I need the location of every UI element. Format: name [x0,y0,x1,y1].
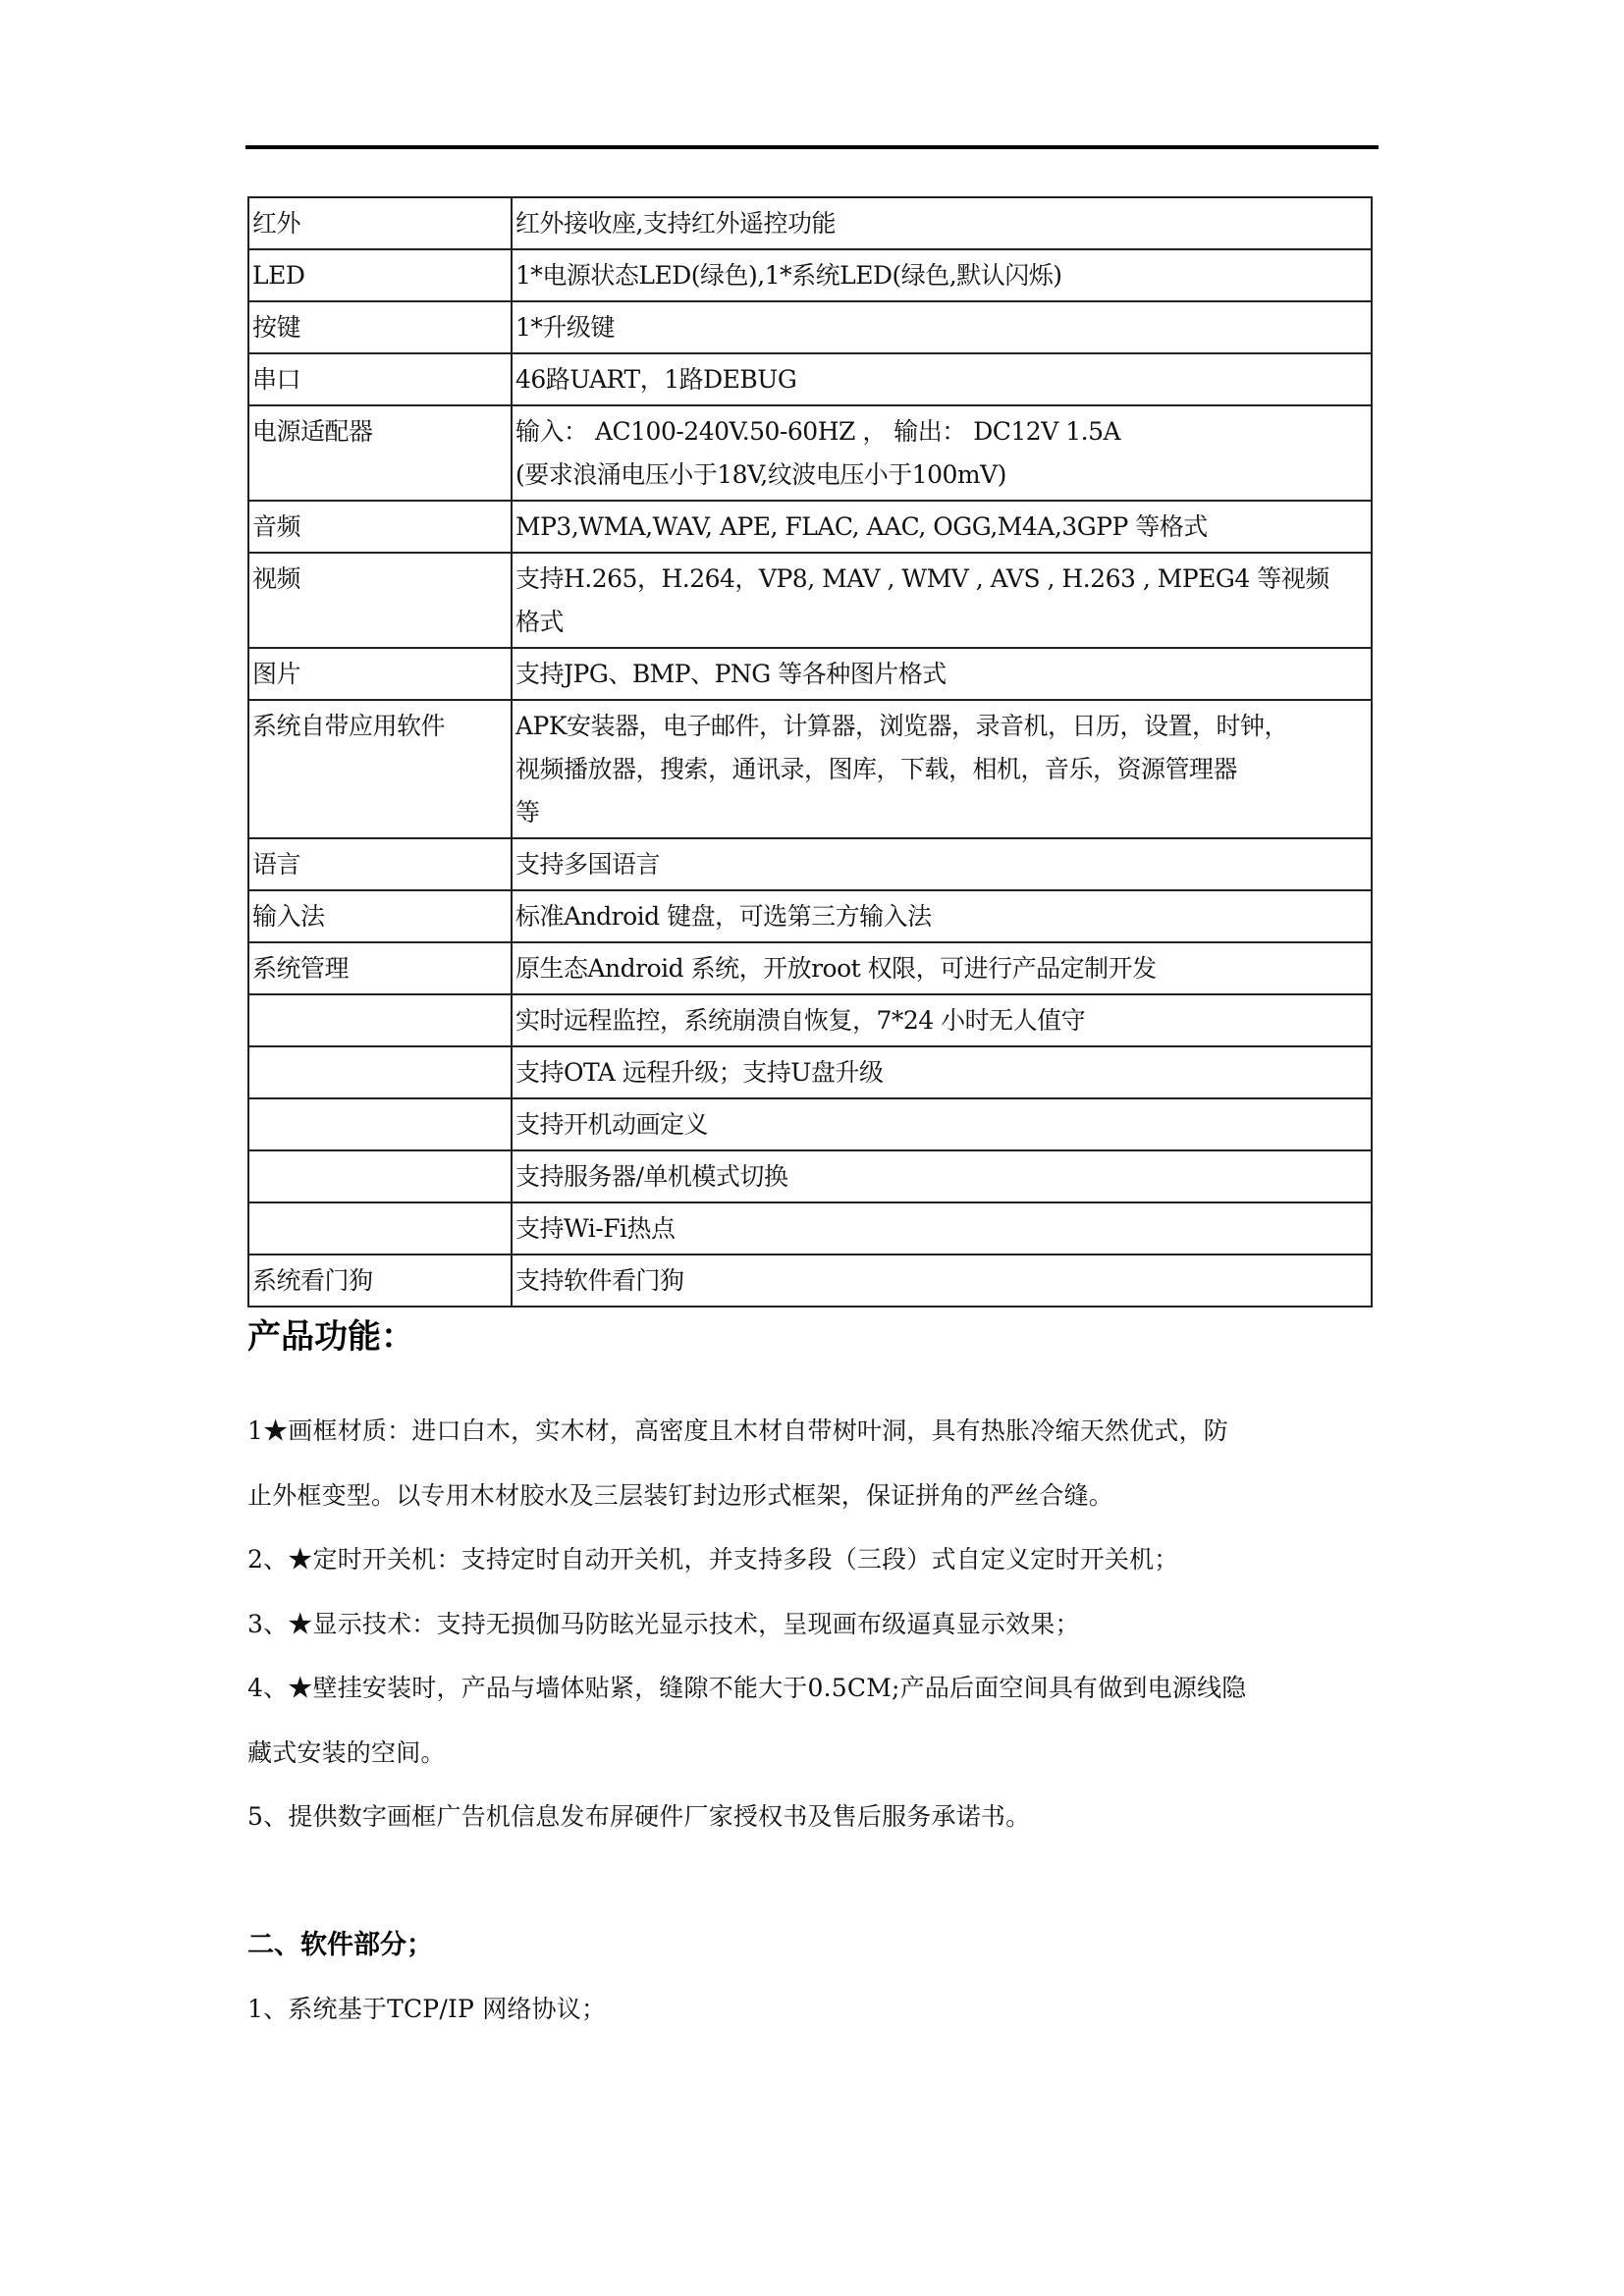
spec-key-cell: 按键 [248,301,512,353]
function-item-4: 4、★壁挂安装时，产品与墙体贴紧，缝隙不能大于0.5CM;产品后面空间具有做到电… [247,1667,1386,1775]
spec-value-line: 支持开机动画定义 [515,1103,1369,1147]
spec-key-cell: 系统管理 [248,942,512,994]
spec-value-cell: 输入： AC100-240V.50-60HZ ， 输出： DC12V 1.5A(… [512,405,1372,501]
spec-key-cell: LED [248,249,512,301]
spec-value-cell: 46路UART，1路DEBUG [512,353,1372,405]
spec-key [252,1155,509,1199]
spec-row: 系统看门狗支持软件看门狗 [248,1255,1372,1307]
spec-value-line: 46路UART，1路DEBUG [515,358,1369,401]
spec-row: 实时远程监控，系统崩溃自恢复，7*24 小时无人值守 [248,994,1372,1046]
spec-value-cell: 红外接收座,支持红外遥控功能 [512,197,1372,249]
spec-row: 按键1*升级键 [248,301,1372,353]
spec-key: 输入法 [252,895,509,938]
function-item-2: 2、★定时开关机：支持定时自动开关机，并支持多段（三段）式自定义定时开关机； [247,1538,1386,1581]
spec-key-cell: 系统自带应用软件 [248,700,512,838]
function-item-3: 3、★显示技术：支持无损伽马防眩光显示技术，呈现画布级逼真显示效果； [247,1603,1386,1646]
function-item-line: 4、★壁挂安装时，产品与墙体贴紧，缝隙不能大于0.5CM;产品后面空间具有做到电… [247,1667,1386,1710]
spec-row: 支持Wi-Fi热点 [248,1202,1372,1255]
spec-value-line: 1*电源状态LED(绿色),1*系统LED(绿色,默认闪烁) [515,254,1369,297]
spec-value-cell: 标准Android 键盘，可选第三方输入法 [512,890,1372,942]
spec-value-line: 支持服务器/单机模式切换 [515,1155,1369,1199]
spec-row: 支持OTA 远程升级；支持U盘升级 [248,1046,1372,1098]
spec-key-cell: 系统看门狗 [248,1255,512,1307]
function-item-line: 藏式安装的空间。 [247,1732,1386,1775]
spec-value-cell: MP3,WMA,WAV, APE, FLAC, AAC, OGG,M4A,3GP… [512,501,1372,553]
function-item-1: 1★画框材质：进口白木，实木材，高密度且木材自带树叶洞，具有热胀冷缩天然优式，防… [247,1410,1386,1518]
spec-key [252,1207,509,1251]
spec-row: 电源适配器输入： AC100-240V.50-60HZ ， 输出： DC12V … [248,405,1372,501]
spec-key: 红外 [252,202,509,245]
function-item-line: 1★画框材质：进口白木，实木材，高密度且木材自带树叶洞，具有热胀冷缩天然优式，防 [247,1410,1386,1453]
spec-value-line: 支持多国语言 [515,843,1369,886]
spec-key-cell: 音频 [248,501,512,553]
spec-key-cell: 串口 [248,353,512,405]
spec-row: 音频MP3,WMA,WAV, APE, FLAC, AAC, OGG,M4A,3… [248,501,1372,553]
spec-value-cell: 1*电源状态LED(绿色),1*系统LED(绿色,默认闪烁) [512,249,1372,301]
spec-key-cell: 图片 [248,648,512,700]
spec-key-cell: 输入法 [248,890,512,942]
spec-value-line: 实时远程监控，系统崩溃自恢复，7*24 小时无人值守 [515,999,1369,1042]
spec-value-cell: APK安装器，电子邮件，计算器，浏览器，录音机，日历，设置，时钟，视频播放器，搜… [512,700,1372,838]
spec-value-cell: 1*升级键 [512,301,1372,353]
spec-key [252,999,509,1042]
spec-table: 红外红外接收座,支持红外遥控功能LED1*电源状态LED(绿色),1*系统LED… [247,196,1373,1308]
spec-row: 图片支持JPG、BMP、PNG 等各种图片格式 [248,648,1372,700]
spec-key-cell: 视频 [248,553,512,648]
spec-key-cell: 语言 [248,838,512,890]
product-functions-heading: 产品功能： [247,1315,414,1359]
spec-value-line: MP3,WMA,WAV, APE, FLAC, AAC, OGG,M4A,3GP… [515,506,1369,549]
spec-row: 系统自带应用软件APK安装器，电子邮件，计算器，浏览器，录音机，日历，设置，时钟… [248,700,1372,838]
spec-key [252,1103,509,1147]
spec-key-cell [248,994,512,1046]
spec-row: 系统管理原生态Android 系统，开放root 权限，可进行产品定制开发 [248,942,1372,994]
spec-value-cell: 支持Wi-Fi热点 [512,1202,1372,1255]
spec-value-cell: 支持软件看门狗 [512,1255,1372,1307]
spec-key: LED [252,254,509,297]
spec-key-cell [248,1150,512,1202]
software-item-1: 1、系统基于TCP/IP 网络协议； [247,1988,1386,2031]
spec-row: 串口46路UART，1路DEBUG [248,353,1372,405]
spec-key: 串口 [252,358,509,401]
spec-row: 输入法标准Android 键盘，可选第三方输入法 [248,890,1372,942]
spec-value-line: APK安装器，电子邮件，计算器，浏览器，录音机，日历，设置，时钟， [515,705,1369,748]
spec-value-line: 支持H.265，H.264，VP8, MAV , WMV , AVS , H.2… [515,558,1369,601]
spec-row: 视频支持H.265，H.264，VP8, MAV , WMV , AVS , H… [248,553,1372,648]
spec-value-line: 红外接收座,支持红外遥控功能 [515,202,1369,245]
spec-key-cell: 红外 [248,197,512,249]
spec-value-cell: 支持服务器/单机模式切换 [512,1150,1372,1202]
spec-key: 音频 [252,506,509,549]
spec-key-cell [248,1046,512,1098]
spec-key: 按键 [252,306,509,349]
spec-value-line: 等 [515,791,1369,834]
spec-key: 语言 [252,843,509,886]
spec-value-line: 格式 [515,601,1369,644]
spec-row: 红外红外接收座,支持红外遥控功能 [248,197,1372,249]
spec-value-cell: 支持多国语言 [512,838,1372,890]
spec-value-line: 原生态Android 系统，开放root 权限，可进行产品定制开发 [515,947,1369,990]
spec-value-line: 支持软件看门狗 [515,1259,1369,1303]
function-item-line: 止外框变型。以专用木材胶水及三层装钉封边形式框架，保证拼角的严丝合缝。 [247,1474,1386,1518]
spec-value-line: 1*升级键 [515,306,1369,349]
spec-key-cell [248,1098,512,1150]
spec-value-line: (要求浪涌电压小于18V,纹波电压小于100mV) [515,454,1369,497]
spec-row: 支持服务器/单机模式切换 [248,1150,1372,1202]
spec-value-cell: 原生态Android 系统，开放root 权限，可进行产品定制开发 [512,942,1372,994]
spec-value-line: 视频播放器，搜索，通讯录，图库，下载，相机，音乐，资源管理器 [515,748,1369,791]
spec-key: 图片 [252,653,509,696]
spec-key-cell [248,1202,512,1255]
spec-value-line: 支持JPG、BMP、PNG 等各种图片格式 [515,653,1369,696]
spec-row: LED1*电源状态LED(绿色),1*系统LED(绿色,默认闪烁) [248,249,1372,301]
spec-value-line: 标准Android 键盘，可选第三方输入法 [515,895,1369,938]
spec-value-cell: 实时远程监控，系统崩溃自恢复，7*24 小时无人值守 [512,994,1372,1046]
spec-key-cell: 电源适配器 [248,405,512,501]
spec-value-line: 支持OTA 远程升级；支持U盘升级 [515,1051,1369,1095]
spec-value-cell: 支持开机动画定义 [512,1098,1372,1150]
spec-value-cell: 支持OTA 远程升级；支持U盘升级 [512,1046,1372,1098]
spec-value-cell: 支持H.265，H.264，VP8, MAV , WMV , AVS , H.2… [512,553,1372,648]
spec-value-cell: 支持JPG、BMP、PNG 等各种图片格式 [512,648,1372,700]
software-section-heading: 二、软件部分； [247,1924,433,1967]
spec-value-line: 输入： AC100-240V.50-60HZ ， 输出： DC12V 1.5A [515,410,1369,454]
spec-key: 系统看门狗 [252,1259,509,1303]
function-item-5: 5、提供数字画框广告机信息发布屏硬件厂家授权书及售后服务承诺书。 [247,1795,1386,1839]
spec-key: 视频 [252,558,509,601]
spec-key: 系统管理 [252,947,509,990]
spec-key [252,1051,509,1095]
spec-row: 语言支持多国语言 [248,838,1372,890]
spec-key: 电源适配器 [252,410,509,454]
spec-key: 系统自带应用软件 [252,705,509,748]
header-rule [245,145,1379,149]
spec-row: 支持开机动画定义 [248,1098,1372,1150]
spec-value-line: 支持Wi-Fi热点 [515,1207,1369,1251]
